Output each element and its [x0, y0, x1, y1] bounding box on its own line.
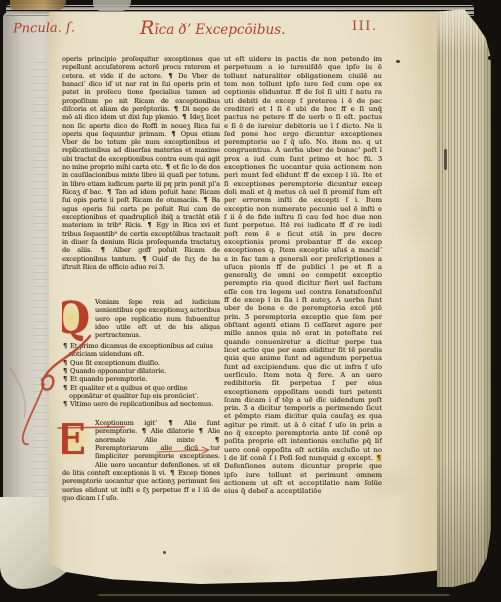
pilcrow-mark: ¶	[165, 163, 171, 171]
folio-number: III.	[352, 19, 378, 34]
pilcrow-mark: ¶	[62, 367, 68, 375]
ink-speck-margin	[396, 60, 400, 63]
pilcrow-mark: ¶	[62, 342, 68, 350]
pilcrow-mark: ¶	[100, 246, 106, 254]
pilcrow-mark: ¶	[173, 105, 179, 113]
intro-commentary-text: operis principio proſequitur exceptiones…	[62, 55, 220, 298]
running-title-center: Rīca ðʼ Excepcōibus.	[140, 17, 285, 39]
left-text-column: operis principio proſequitur exceptiones…	[62, 55, 220, 534]
illuminated-initial-e: E	[62, 419, 92, 461]
quoniam-text: Voniam ſepe reis ad iudicium uenientibus…	[95, 298, 220, 339]
chapter-list-line: ¶ Vltimo uero de replicationibus ad nect…	[62, 400, 220, 408]
ink-speck-bottom	[163, 551, 166, 554]
chapter-list-line: ¶ Quando opponantur dilatorie.	[62, 367, 220, 375]
pilcrow-mark: ¶	[106, 188, 112, 196]
pilcrow-mark: ¶	[181, 113, 187, 121]
right-column-text: ut eſt uidere in pactis de non petendo i…	[224, 55, 382, 497]
chapter-list-line: ¶ Et primo dicamus de exceptionibus ad c…	[62, 342, 220, 359]
right-text-column: ut eſt uidere in pactis de non petendo i…	[224, 55, 382, 497]
paragraph-quoniam: QVoniam ſepe reis ad iudicium uenientibu…	[62, 298, 220, 342]
pilcrow-mark: ¶	[167, 419, 173, 427]
stain-fore-edge	[444, 149, 447, 170]
tear-top-edge	[93, 0, 131, 11]
pilcrow-mark: ¶	[141, 427, 147, 435]
incunabulum-photo: Pncula. ſ. Rīca ðʼ Excepcōibus. III. ope…	[0, 0, 501, 602]
paragraph-exceptionum: EXceptionum igitʼ ¶ Alie ſunt peremptori…	[62, 419, 220, 537]
illuminated-initial-q: Q	[62, 299, 92, 339]
chapter-list-line: ¶ Et quando peremptorie.	[62, 375, 220, 383]
pilcrow-mark: ¶	[62, 359, 68, 367]
chapter-list-line: ¶ Et qualiter et a quibus et quo ordine …	[62, 384, 220, 401]
pilcrow-mark: ¶	[141, 255, 147, 263]
pilcrow-mark: ¶	[376, 454, 382, 462]
pilcrow-mark: ¶	[62, 375, 68, 383]
pilcrow-mark: ¶	[198, 427, 204, 435]
pilcrow-mark: ¶	[169, 469, 175, 477]
facing-page-sliver	[3, 12, 53, 578]
corner-damage-top-left	[10, 0, 66, 10]
chapter-list: ¶ Et primo dicamus de exceptionibus ad c…	[62, 342, 220, 417]
pilcrow-mark: ¶	[170, 130, 176, 138]
chapter-list-line: ¶ Que ſit exceptionum diuiſio.	[62, 359, 220, 367]
pilcrow-mark: ¶	[167, 72, 173, 80]
pilcrow-mark: ¶	[147, 221, 153, 229]
pilcrow-mark: ¶	[202, 196, 208, 204]
pilcrow-mark: ¶	[214, 436, 220, 444]
fore-edge-page-stack	[437, 9, 491, 587]
running-title-left: Pncula. ſ.	[13, 20, 75, 36]
ink-speck-right-margin	[488, 56, 492, 60]
table-edge-highlight	[98, 594, 450, 596]
pilcrow-mark: ¶	[62, 400, 68, 408]
pilcrow-mark: ¶	[62, 384, 68, 392]
